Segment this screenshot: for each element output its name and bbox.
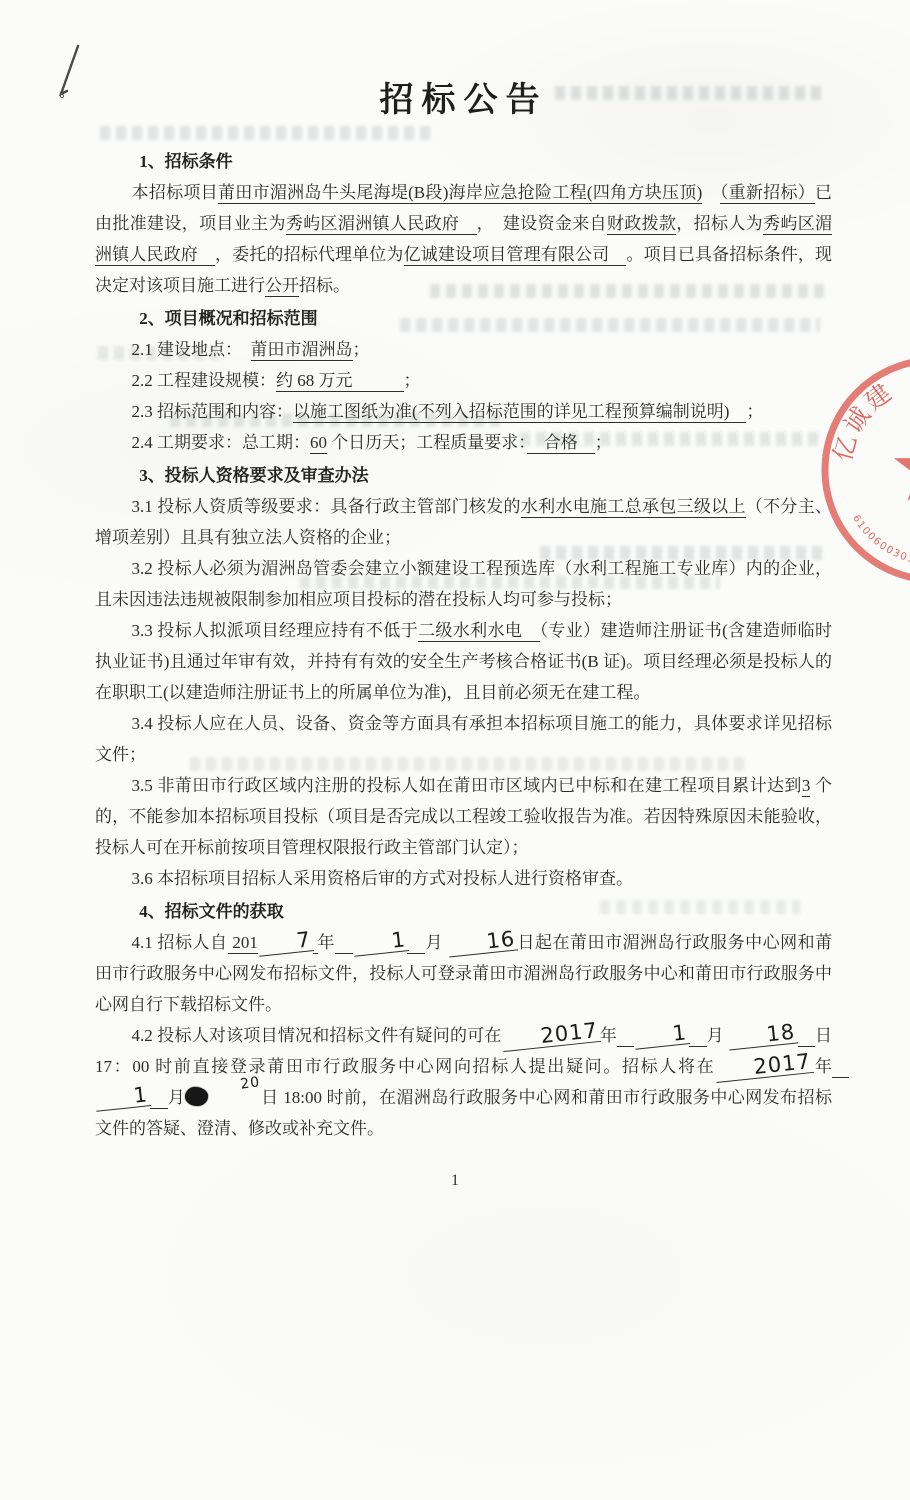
text-segment: ； (746, 402, 763, 421)
text-segment (702, 183, 720, 202)
text-segment: 莆田市湄洲岛 (251, 340, 353, 361)
text-segment: 二级水利水电 (418, 621, 540, 642)
text-segment: 2.3 招标范围和内容： (132, 402, 294, 421)
text-segment: 4.1 招标人自 (132, 933, 228, 952)
document-body: 1、招标条件本招标项目莆田市湄洲岛牛头尾海堤(B段)海岸应急抢险工程(四角方块压… (95, 146, 832, 1144)
handwritten-text: 1 (633, 1022, 690, 1050)
text-segment: 3.5 非莆田市行政区域内注册的投标人如在莆田市区域内已中标和在建工程项目累计达… (132, 776, 802, 795)
text-segment (798, 1026, 815, 1047)
text-segment: 招标。 (299, 276, 350, 295)
text-segment: 以施工图纸为准(不列入招标范围的详见工程预算编制说明) (293, 402, 746, 423)
handwritten-text: 1 (94, 1084, 151, 1112)
text-segment: ， 建设资金来自 (477, 214, 607, 233)
company-seal-stamp: 亿诚建设项目 6100600301S (770, 350, 910, 610)
item-2-2: 2.2 工程建设规模：约 68 万元 ； (95, 365, 832, 396)
seal-arc-label: 亿诚建设项目 (770, 350, 899, 464)
handwritten-text: 7 (257, 929, 314, 957)
text-segment: （重新招标） (720, 183, 815, 204)
text-segment (150, 1088, 168, 1109)
text-segment: 3.1 投标人资质等级要求：具备行政主管部门核发的 (132, 497, 521, 516)
text-segment: 3.4 投标人应在人员、设备、资金等方面具有承担本招标项目施工的能力，具体要求详… (95, 714, 832, 764)
document-title: 招标公告 (95, 78, 832, 124)
document-content: 招标公告 1、招标条件本招标项目莆田市湄洲岛牛头尾海堤(B段)海岸应急抢险工程(… (95, 78, 832, 1144)
handwritten-text: 18 (727, 1021, 798, 1050)
section-3-heading: 3、投标人资格要求及审查办法 (95, 460, 832, 491)
text-segment: 2.4 工期要求：总工期： (132, 433, 311, 452)
item-3-3: 3.3 投标人拟派项目经理应持有不低于二级水利水电 （专业）建造师注册证书(含建… (95, 615, 832, 708)
item-2-4: 2.4 工期要求：总工期：60 个日历天；工程质量要求： 合格 ； (95, 427, 832, 458)
seal-serial-number: 6100600301S (850, 513, 910, 567)
item-3-4: 3.4 投标人应在人员、设备、资金等方面具有承担本招标项目施工的能力，具体要求详… (95, 708, 832, 770)
text-segment: 4、招标文件的获取 (139, 902, 284, 921)
text-segment: 合格 (527, 433, 595, 454)
text-segment: 1、招标条件 (139, 152, 233, 171)
text-segment: 年 (813, 1057, 832, 1076)
text-segment: 年 (318, 933, 336, 952)
item-4-1: 4.1 招标人自 2017 年 1 月 16日起在莆田市湄洲岛行政服务中心网和莆… (95, 927, 832, 1020)
text-segment: 本招标项目 (132, 183, 218, 202)
text-segment: 月 (168, 1088, 185, 1107)
text-segment: 60 (310, 433, 327, 454)
text-segment: 个日历天；工程质量要求： (327, 433, 527, 452)
section-1-heading: 1、招标条件 (95, 146, 832, 177)
item-3-6: 3.6 本招标项目招标人采用资格后审的方式对投标人进行资格审查。 (95, 863, 832, 894)
text-segment (617, 1026, 634, 1047)
item-3-2: 3.2 投标人必须为湄洲岛管委会建立小额建设工程预选库（水利工程施工专业库）内的… (95, 553, 832, 615)
handwritten-text: 20 (204, 1075, 262, 1097)
item-3-1: 3.1 投标人资质等级要求：具备行政主管部门核发的水利水电施工总承包三级以上（不… (95, 491, 832, 553)
text-segment (335, 933, 353, 954)
handwritten-text: 1 (352, 929, 409, 957)
section-2-heading: 2、项目概况和招标范围 (95, 303, 832, 334)
text-segment (407, 933, 425, 954)
section-4-heading: 4、招标文件的获取 (95, 896, 832, 927)
item-2-1: 2.1 建设地点： 莆田市湄洲岛； (95, 334, 832, 365)
text-segment: 2.2 工程建设规模： (132, 371, 277, 390)
handwritten-text: 2017 (715, 1051, 815, 1083)
text-segment: ，招标人为 (676, 214, 763, 233)
text-segment: ； (353, 340, 370, 359)
text-segment (689, 1026, 706, 1047)
text-segment: 3、投标人资格要求及审查办法 (139, 466, 369, 485)
text-segment: ； (404, 371, 421, 390)
text-segment: 亿诚建设项目管理有限公司 (404, 245, 627, 266)
text-segment: 秀屿区湄洲镇人民政府 (286, 214, 477, 235)
text-segment: 月 (425, 933, 447, 952)
text-segment: 2.1 建设地点： (132, 340, 251, 359)
star-icon (894, 432, 910, 501)
text-segment: 年 (600, 1026, 617, 1045)
page-number: 1 (0, 1172, 910, 1190)
text-segment: ； (595, 433, 612, 452)
item-2-3: 2.3 招标范围和内容：以施工图纸为准(不列入招标范围的详见工程预算编制说明) … (95, 396, 832, 427)
item-4-2: 4.2 投标人对该项目情况和招标文件有疑问的可在2017年 1 月 18 日 1… (95, 1020, 832, 1144)
text-segment: 财政拨款 (607, 214, 676, 235)
text-segment: 3.6 本招标项目招标人采用资格后审的方式对投标人进行资格审查。 (132, 869, 634, 888)
text-segment: 2、项目概况和招标范围 (139, 309, 318, 328)
item-3-5: 3.5 非莆田市行政区域内注册的投标人如在莆田市区域内已中标和在建工程项目累计达… (95, 770, 832, 863)
text-segment: 约 68 万元 (276, 371, 404, 392)
text-segment (832, 1057, 849, 1078)
section-1-body: 本招标项目莆田市湄洲岛牛头尾海堤(B段)海岸应急抢险工程(四角方块压顶) （重新… (95, 177, 832, 301)
text-segment: 201 (228, 933, 258, 954)
handwritten-text: 2017 (501, 1020, 601, 1052)
handwritten-text: 16 (447, 928, 518, 957)
text-segment: 3.3 投标人拟派项目经理应持有不低于 (132, 621, 418, 640)
text-segment: 4.2 投标人对该项目情况和招标文件有疑问的可在 (132, 1026, 502, 1045)
text-segment: 莆田市湄洲岛牛头尾海堤(B段)海岸应急抢险工程(四角方块压顶) (218, 183, 702, 204)
text-segment: 3.2 投标人必须为湄洲岛管委会建立小额建设工程预选库（水利工程施工专业库）内的… (95, 559, 832, 609)
text-segment: ，委托的招标代理单位为 (215, 245, 404, 264)
scanned-document-page: 招标公告 1、招标条件本招标项目莆田市湄洲岛牛头尾海堤(B段)海岸应急抢险工程(… (0, 0, 910, 1500)
text-segment: 公开 (265, 276, 299, 297)
text-segment: 月 (707, 1026, 729, 1045)
text-segment: 水利水电施工总承包三级以上 (521, 497, 746, 518)
